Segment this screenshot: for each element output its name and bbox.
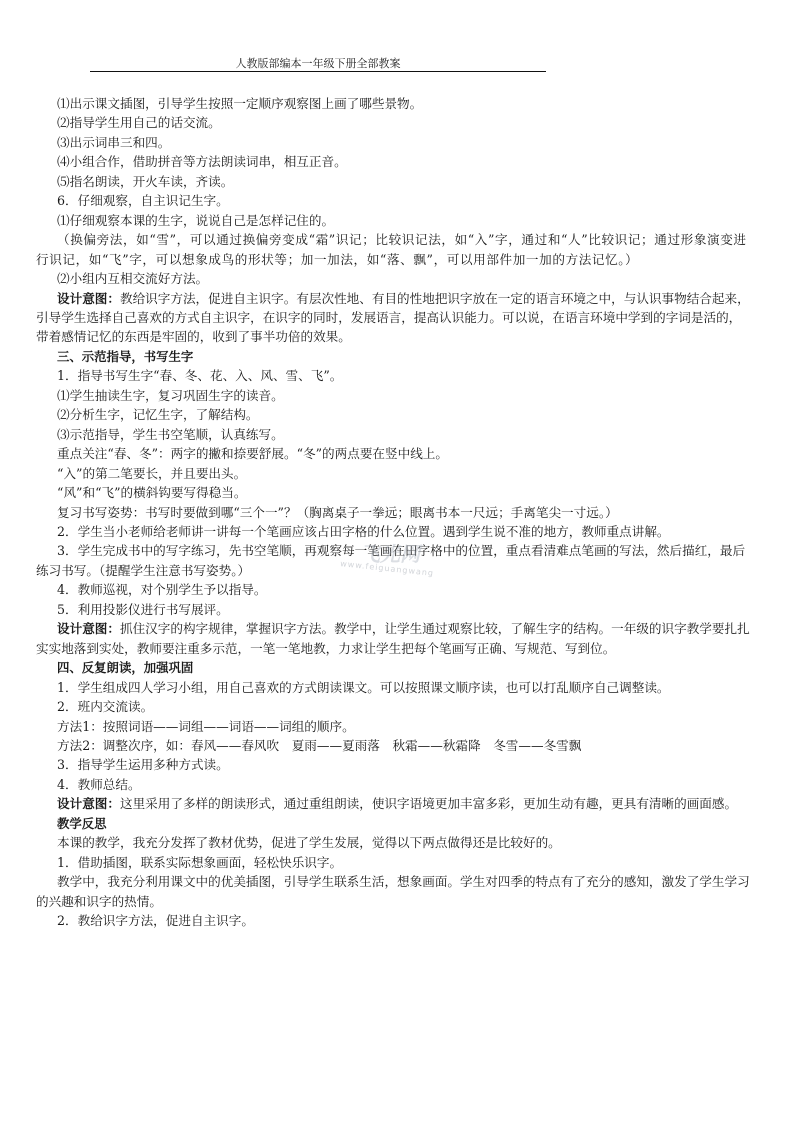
reflection-point-1: 1．借助插图，联系实际想象画面，轻松快乐识字。 xyxy=(36,853,752,872)
step-3-word-strings: ⑶出示词串三和四。 xyxy=(36,133,752,152)
reflection-point-2: 2．教给识字方法，促进自主识字。 xyxy=(36,911,752,930)
section-heading-reflection: 教学反思 xyxy=(36,814,752,833)
method-1: 方法1：按照词语——词组——词语——词组的顺序。 xyxy=(36,717,752,736)
design-intent-text: 这里采用了多样的朗读形式，通过重组朗读，使识字语境更加丰富多彩，更加生动有趣，更… xyxy=(120,796,737,811)
step-demonstrate: ⑶示范指导，学生书空笔顺，认真练写。 xyxy=(36,425,752,444)
step-observe-characters: ⑴仔细观察本课的生字，说说自己是怎样记住的。 xyxy=(36,211,752,230)
step-4-group-reading: ⑷小组合作，借助拼音等方法朗读词串，相互正音。 xyxy=(36,152,752,171)
design-intent-1: 设计意图：教给识字方法，促进自主识字。有层次性地、有目的性地把识字放在一定的语言… xyxy=(36,289,752,347)
item-class-exchange: 2．班内交流读。 xyxy=(36,697,752,716)
item-6-observe: 6．仔细观察，自主识记生字。 xyxy=(36,191,752,210)
design-intent-label: 设计意图： xyxy=(57,291,120,306)
item-writing-practice: 3．学生完成书中的写字练习，先书空笔顺，再观察每一笔画在田字格中的位置，重点看清… xyxy=(36,541,752,580)
design-intent-label: 设计意图： xyxy=(57,796,120,811)
section-heading-3: 三、示范指导，书写生字 xyxy=(36,347,752,366)
memory-methods-note: （换偏旁法，如“雪”，可以通过换偏旁变成“霜”识记；比较识记法，如“入”字，通过… xyxy=(36,230,752,269)
item-student-teacher: 2．学生当小老师给老师讲一讲每一个笔画应该占田字格的什么位置。遇到学生说不准的地… xyxy=(36,522,752,541)
step-1-show-illustration: ⑴出示课文插图，引导学生按照一定顺序观察图上画了哪些景物。 xyxy=(36,94,752,113)
item-group-reading: 1．学生组成四人学习小组，用自己喜欢的方式朗读课文。可以按照课文顺序读，也可以打… xyxy=(36,678,752,697)
focus-ru: “入”的第二笔要长，并且要出头。 xyxy=(36,464,752,483)
item-guide-writing: 1．指导书写生字“春、冬、花、入、风、雪、飞”。 xyxy=(36,366,752,385)
step-5-name-reading: ⑸指名朗读，开火车读，齐读。 xyxy=(36,172,752,191)
design-intent-2: 设计意图：抓住汉字的构字规律，掌握识字方法。教学中，让学生通过观察比较，了解生字… xyxy=(36,619,752,658)
item-multiple-ways: 3．指导学生运用多种方式读。 xyxy=(36,755,752,774)
reflection-point-1-detail: 教学中，我充分利用课文中的优美插图，引导学生联系生活，想象画面。学生对四季的特点… xyxy=(36,872,752,911)
step-2-exchange: ⑵指导学生用自己的话交流。 xyxy=(36,113,752,132)
method-2: 方法2：调整次序，如：春风——春风吹 夏雨——夏雨落 秋霜——秋霜降 冬雪——冬… xyxy=(36,736,752,755)
header-title: 人教版部编本一年级下册全部教案 xyxy=(236,57,401,70)
design-intent-3: 设计意图：这里采用了多样的朗读形式，通过重组朗读，使识字语境更加丰富多彩，更加生… xyxy=(36,794,752,813)
step-analyze-characters: ⑵分析生字，记忆生字，了解结构。 xyxy=(36,405,752,424)
focus-feng-fei: “风”和“飞”的横斜钩要写得稳当。 xyxy=(36,483,752,502)
section-heading-4: 四、反复朗读，加强巩固 xyxy=(36,658,752,677)
item-projector-review: 5．利用投影仪进行书写展评。 xyxy=(36,600,752,619)
item-teacher-patrol: 4．教师巡视，对个别学生予以指导。 xyxy=(36,580,752,599)
document-body: ⑴出示课文插图，引导学生按照一定顺序观察图上画了哪些景物。 ⑵指导学生用自己的话… xyxy=(36,94,752,930)
step-read-characters: ⑴学生抽读生字，复习巩固生字的读音。 xyxy=(36,386,752,405)
design-intent-text: 抓住汉字的构字规律，掌握识字方法。教学中，让学生通过观察比较，了解生字的结构。一… xyxy=(36,621,750,655)
page-header: 人教版部编本一年级下册全部教案 xyxy=(90,56,546,72)
focus-chun-dong: 重点关注“春、冬”：两字的撇和捺要舒展。“冬”的两点要在竖中线上。 xyxy=(36,444,752,463)
item-teacher-summary: 4．教师总结。 xyxy=(36,775,752,794)
reflection-intro: 本课的教学，我充分发挥了教材优势，促进了学生发展，觉得以下两点做得还是比较好的。 xyxy=(36,833,752,852)
step-group-exchange: ⑵小组内互相交流好方法。 xyxy=(36,269,752,288)
design-intent-label: 设计意图： xyxy=(57,621,120,636)
writing-posture: 复习书写姿势：书写时要做到哪“三个一”？（胸离桌子一拳远；眼离书本一尺远；手离笔… xyxy=(36,503,752,522)
design-intent-text: 教给识字方法，促进自主识字。有层次性地、有目的性地把识字放在一定的语言环境之中，… xyxy=(36,291,750,345)
